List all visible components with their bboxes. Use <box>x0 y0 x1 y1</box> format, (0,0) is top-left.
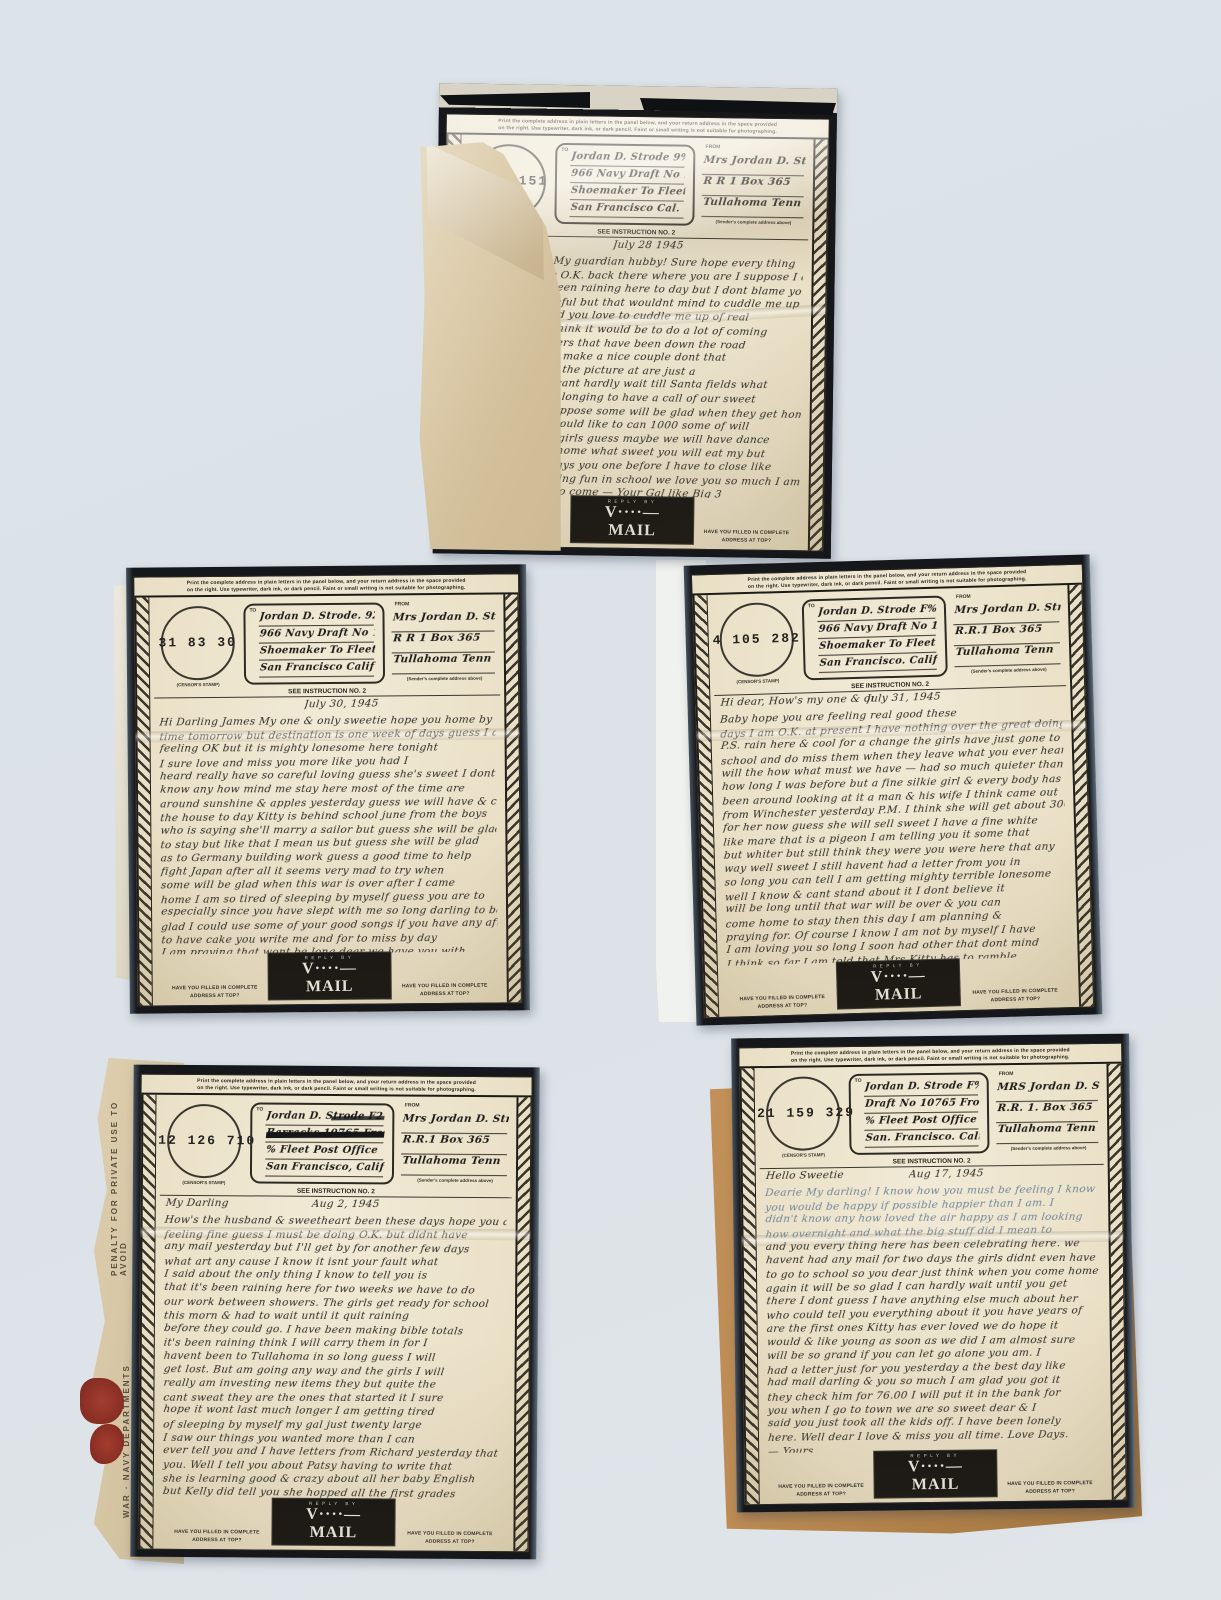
to-label: TO <box>256 1106 263 1112</box>
from-address-line: Tullahoma Tenn <box>996 1122 1100 1144</box>
letter-body: Dearie My darling! I know how you must b… <box>756 1182 1111 1453</box>
to-address-line: San Francisco. Calif <box>819 653 939 673</box>
footer-question-left-line2: ADDRESS AT TOP? <box>768 1490 875 1499</box>
vmail-logo: REPLY BY V····—MAIL <box>272 1499 394 1546</box>
to-address-line: San Francisco Cal. <box>570 200 686 219</box>
envelope-departments-text: WAR · NAVY DEPARTMENTS <box>122 1308 131 1518</box>
letter-date: July 31, 1945 <box>866 690 941 706</box>
vmail-wordmark: V····—MAIL <box>886 1457 984 1494</box>
address-header: 21 159 329 (CENSOR'S STAMP) TO Jordan D.… <box>754 1064 1107 1158</box>
footer-question-right-line1: HAVE YOU FILLED IN COMPLETE <box>693 529 800 538</box>
from-label: FROM <box>395 601 496 608</box>
greeting: Hello Sweetie <box>765 1169 844 1184</box>
to-address-box: TO Jordan D. Strode. 92 966 Navy Draft N… <box>243 602 385 684</box>
censor-number: 21 159 329 <box>757 1105 849 1121</box>
greeting: Hi dear, How's my one & only <box>720 692 874 710</box>
to-address-line: % Fleet Post Office <box>265 1143 385 1161</box>
from-address-line: Tullahoma Tenn <box>955 643 1062 667</box>
letter-date: Aug 17, 1945 <box>908 1167 984 1182</box>
hatched-border-right <box>503 594 522 1002</box>
torn-red-paper-fragment <box>80 1378 124 1424</box>
footer-question-left-line2: ADDRESS AT TOP? <box>161 1536 272 1544</box>
footer-question-right: HAVE YOU FILLED IN COMPLETE ADDRESS AT T… <box>391 983 499 999</box>
address-header: 12 126 710 (CENSOR'S STAMP) TO Jordan D.… <box>156 1095 517 1188</box>
from-address: FROM Mrs Jordan D. Strode R R 1 Box 365 … <box>702 144 809 229</box>
from-address-line: R.R.1 Box 365 <box>401 1133 509 1155</box>
letter-body: Baby hope you are feeling real good thes… <box>711 703 1078 966</box>
from-label: FROM <box>956 591 1060 600</box>
envelope-penalty-text: PENALTY FOR PRIVATE USE TO AVOID <box>110 1076 128 1276</box>
footer-question-left-line2: ADDRESS AT TOP? <box>161 992 269 1000</box>
form-inner: 4 105 282 (CENSOR'S STAMP) TO Jordan D. … <box>707 585 1079 1017</box>
from-address-line: Tullahoma Tenn <box>401 1154 509 1176</box>
from-address-line: Mrs Jordan D. Strode <box>702 154 806 176</box>
vmail-form: Print the complete address in plain lett… <box>738 1043 1128 1506</box>
footer-question-left-line1: HAVE YOU FILLED IN COMPLETE <box>161 1529 272 1537</box>
from-address-line: Mrs Jordan D. Strode <box>401 1112 509 1134</box>
from-address: FROM MRS Jordan D. Strode R.R. 1. Box 36… <box>997 1070 1104 1155</box>
footer-question-right: HAVE YOU FILLED IN COMPLETE ADDRESS AT T… <box>394 1530 505 1546</box>
to-label: TO <box>808 603 815 609</box>
address-header: 31 83 30 (CENSOR'S STAMP) TO Jordan D. S… <box>149 594 504 687</box>
form-footer: HAVE YOU FILLED IN COMPLETE ADDRESS AT T… <box>759 1449 1112 1504</box>
to-address-box: TO Jordan D. Strode F2 96 Repair Barrack… <box>250 1102 395 1184</box>
to-address-line: Jordan D. Strode. 92 <box>259 609 376 627</box>
vmail-logo: REPLY BY V····—MAIL <box>268 952 390 999</box>
censor-stamp-label: (CENSOR'S STAMP) <box>152 682 244 688</box>
from-address: FROM Mrs Jordan D. Strode R.R.1 Box 365 … <box>402 1102 512 1187</box>
footer-question-left-line1: HAVE YOU FILLED IN COMPLETE <box>768 1483 875 1492</box>
to-address-line: San Francisco Calif <box>259 660 376 678</box>
footer-question-right: HAVE YOU FILLED IN COMPLETE ADDRESS AT T… <box>693 529 800 545</box>
handwriting-line: of sleeping by myself my gal just twenty… <box>162 1419 506 1433</box>
to-address-box: TO Jordan D. Strode 9% 966 Navy Draft No… <box>554 143 695 226</box>
print-instructions: Print the complete address in plain lett… <box>142 1075 532 1098</box>
photo-of-vmail-letters: PENALTY FOR PRIVATE USE TO AVOID WAR · N… <box>0 0 1221 1600</box>
vmail-logo: REPLY BY V····—MAIL <box>874 1450 997 1497</box>
form-inner: 31 83 30 (CENSOR'S STAMP) TO Jordan D. S… <box>149 594 507 1005</box>
vmail-form: Print the complete address in plain lett… <box>691 564 1095 1019</box>
to-label: TO <box>561 147 568 153</box>
form-inner: 12 126 710 (CENSOR'S STAMP) TO Jordan D.… <box>153 1095 516 1552</box>
censor-stamp-area: 12 126 710 (CENSOR'S STAMP) <box>158 1101 251 1186</box>
letter-body: How's the husband & sweetheart been thes… <box>154 1213 516 1501</box>
sender-note: (Sender's complete address above) <box>402 1177 508 1183</box>
vmail-wordmark: V····—MAIL <box>583 503 681 540</box>
to-address-line: Jordan D. Strode F% 966 Navy <box>864 1078 980 1096</box>
sender-note: (Sender's complete address above) <box>393 676 496 682</box>
vmail-letter-bottom-right: Print the complete address in plain lett… <box>731 1034 1135 1513</box>
footer-question-left: HAVE YOU FILLED IN COMPLETE ADDRESS AT T… <box>161 985 269 1001</box>
censor-stamp-area: 4 105 282 (CENSOR'S STAMP) <box>710 598 804 685</box>
to-address-line: Jordan D. Strode F2 96 Repair <box>265 1109 385 1127</box>
to-address-line: 966 Navy Draft No 10765 From <box>259 626 376 644</box>
to-address-line: % Fleet Post Office <box>864 1112 980 1130</box>
letter-date: July 30, 1945 <box>303 697 379 712</box>
footer-question-right-line1: HAVE YOU FILLED IN COMPLETE <box>391 983 499 991</box>
form-middle: 21 159 329 (CENSOR'S STAMP) TO Jordan D.… <box>739 1064 1126 1505</box>
sender-note: (Sender's complete address above) <box>702 219 804 225</box>
to-address-line: Barracks 10765 From Shoemaker <box>265 1126 385 1144</box>
to-address-box: TO Jordan D. Strode F% 966 Navy Draft No… <box>849 1072 990 1155</box>
from-address: FROM Mrs Jordan D. Strode R.R.1 Box 365 … <box>954 591 1066 678</box>
form-inner: 21 159 329 (CENSOR'S STAMP) TO Jordan D.… <box>754 1064 1111 1504</box>
censor-number: 31 83 30 <box>152 635 244 651</box>
footer-question-right: HAVE YOU FILLED IN COMPLETE ADDRESS AT T… <box>960 987 1071 1005</box>
to-address-line: Shoemaker To Fleet P.O. <box>259 643 376 661</box>
form-middle: 12 126 710 (CENSOR'S STAMP) TO Jordan D.… <box>138 1095 531 1552</box>
sender-note: (Sender's complete address above) <box>956 666 1062 674</box>
letter-date: Aug 2, 1945 <box>311 1198 380 1212</box>
date-line: July 30, 1945 <box>160 697 494 716</box>
letter-body: Hi Darling James My one & only sweetie h… <box>150 712 506 954</box>
footer-question-left: HAVE YOU FILLED IN COMPLETE ADDRESS AT T… <box>768 1483 875 1499</box>
footer-question-right-line2: ADDRESS AT TOP? <box>693 536 800 545</box>
footer-question-right-line1: HAVE YOU FILLED IN COMPLETE <box>394 1530 505 1538</box>
to-address-line: 966 Navy Draft No 10765 From <box>570 166 686 185</box>
to-address-line: Draft No 10765 From Shoemaker <box>864 1095 980 1113</box>
footer-question-right-line2: ADDRESS AT TOP? <box>391 990 499 998</box>
from-address-line: Mrs Jordan D. Strode <box>392 611 497 633</box>
to-address-line: San. Francisco. Calif <box>865 1129 981 1147</box>
form-middle: 4 105 282 (CENSOR'S STAMP) TO Jordan D. … <box>692 585 1094 1018</box>
from-address-line: R R 1 Box 365 <box>702 175 806 197</box>
sender-note: (Sender's complete address above) <box>998 1145 1100 1151</box>
from-address-line: Tullahoma Tenn <box>701 196 805 218</box>
form-footer: HAVE YOU FILLED IN COMPLETE ADDRESS AT T… <box>153 1498 513 1552</box>
from-address-line: Tullahoma Tenn <box>392 653 497 675</box>
from-address-line: MRS Jordan D. Strode <box>996 1080 1100 1102</box>
vmail-letter-bottom-left: Print the complete address in plain lett… <box>130 1065 539 1560</box>
handwriting-line: How's the husband & sweetheart been thes… <box>164 1214 508 1230</box>
censor-stamp-label: (CENSOR'S STAMP) <box>158 1180 250 1186</box>
footer-question-left: HAVE YOU FILLED IN COMPLETE ADDRESS AT T… <box>161 1529 272 1545</box>
to-address-box: TO Jordan D. Strode F% 966 Navy Draft No… <box>802 595 949 680</box>
footer-question-right-line2: ADDRESS AT TOP? <box>394 1538 505 1546</box>
from-address-line: R.R.1 Box 365 <box>954 622 1061 646</box>
from-address-line: R R 1 Box 365 <box>392 632 497 654</box>
vmail-wordmark: V····—MAIL <box>280 960 378 997</box>
censor-stamp-area: 21 159 329 (CENSOR'S STAMP) <box>757 1073 850 1158</box>
form-footer: HAVE YOU FILLED IN COMPLETE ADDRESS AT T… <box>718 956 1079 1017</box>
letter-date: July 28 1945 <box>612 239 684 253</box>
vmail-logo: REPLY BY V····—MAIL <box>571 496 694 544</box>
from-label: FROM <box>706 144 806 151</box>
vmail-form: Print the complete address in plain lett… <box>133 573 523 1006</box>
vmail-letter-middle-left: Print the complete address in plain lett… <box>126 564 530 1013</box>
footer-question-right-line1: HAVE YOU FILLED IN COMPLETE <box>997 1480 1104 1489</box>
date-line: My Darling Aug 2, 1945 <box>166 1197 506 1215</box>
from-label: FROM <box>405 1102 509 1109</box>
to-address-line: Shoemaker To Fleet P.O. <box>570 183 686 202</box>
censor-stamp-area: 31 83 30 (CENSOR'S STAMP) <box>151 603 244 688</box>
to-label: TO <box>855 1078 862 1084</box>
handwriting-line: really am investing new items they but q… <box>163 1377 507 1393</box>
from-address-line: Mrs Jordan D. Strode <box>954 601 1061 625</box>
to-address-line: Jordan D. Strode 9% <box>570 149 686 168</box>
greeting: My Darling <box>165 1197 229 1211</box>
footer-question-left-line1: HAVE YOU FILLED IN COMPLETE <box>161 985 269 993</box>
vmail-form: Print the complete address in plain lett… <box>137 1074 532 1553</box>
footer-question-right: HAVE YOU FILLED IN COMPLETE ADDRESS AT T… <box>997 1480 1104 1496</box>
handwriting-line: it's been raining think I will carry the… <box>163 1337 507 1351</box>
censor-number: 4 105 282 <box>711 630 803 648</box>
from-label: FROM <box>999 1070 1099 1077</box>
footer-question-left: HAVE YOU FILLED IN COMPLETE ADDRESS AT T… <box>727 994 838 1012</box>
form-footer: HAVE YOU FILLED IN COMPLETE ADDRESS AT T… <box>152 951 506 1005</box>
vmail-logo: REPLY BY V····—MAIL <box>837 959 960 1008</box>
vmail-wordmark: V····—MAIL <box>284 1506 382 1543</box>
from-address: FROM Mrs Jordan D. Strode R R 1 Box 365 … <box>393 600 501 685</box>
to-label: TO <box>249 608 256 614</box>
address-header: 4 105 282 (CENSOR'S STAMP) TO Jordan D. … <box>707 585 1069 685</box>
censor-number: 12 126 710 <box>158 1133 250 1149</box>
form-middle: 31 83 30 (CENSOR'S STAMP) TO Jordan D. S… <box>134 594 522 1005</box>
to-address-line: San Francisco, Calif <box>265 1160 385 1178</box>
footer-question-right-line2: ADDRESS AT TOP? <box>997 1487 1104 1496</box>
vmail-letter-middle-right: Print the complete address in plain lett… <box>684 554 1103 1025</box>
vmail-wordmark: V····—MAIL <box>849 967 948 1006</box>
hatched-border-right <box>513 1097 531 1551</box>
from-address-line: R.R. 1. Box 365 <box>996 1101 1100 1123</box>
